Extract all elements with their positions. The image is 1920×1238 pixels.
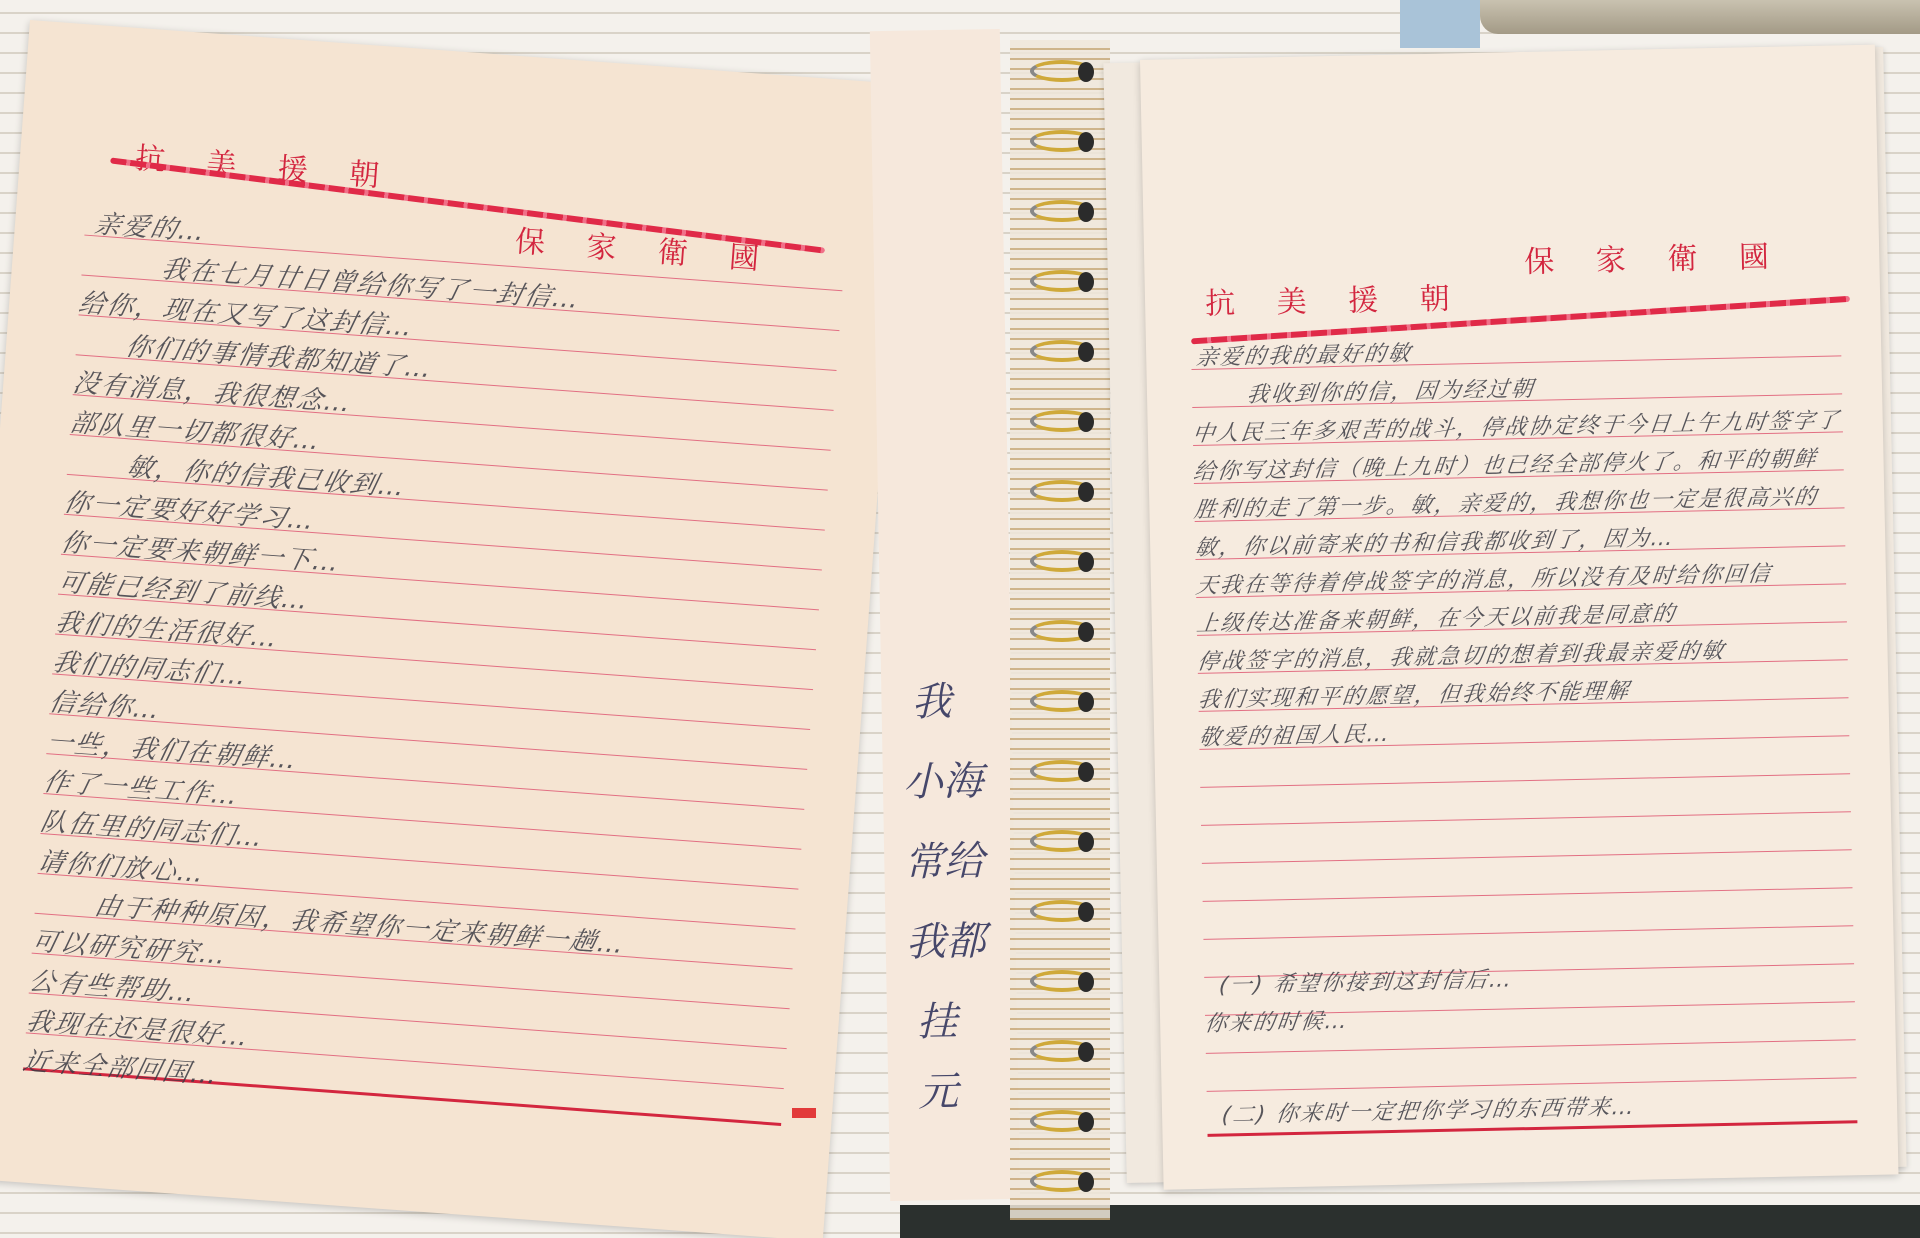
ring-icon bbox=[1030, 270, 1094, 292]
ring-icon bbox=[1030, 760, 1094, 782]
ring-icon bbox=[1030, 60, 1094, 82]
ring-icon bbox=[1030, 410, 1094, 432]
background-shelf bbox=[1480, 0, 1920, 34]
handwriting-fragment: 我 bbox=[911, 670, 952, 728]
handwriting-line: 上级传达准备来朝鲜，在今天以前我是同意的 bbox=[1195, 597, 1679, 638]
ring-icon bbox=[1030, 550, 1094, 572]
letterhead-left-slogan: 抗 美 援 朝 bbox=[1205, 273, 1466, 322]
salutation: 亲爱的我的最好的敏 bbox=[1194, 336, 1414, 372]
handwriting-line: 胜利的走了第一步。敏，亲爱的，我想你也一定是很高兴的 bbox=[1193, 480, 1821, 524]
letterhead-right-slogan: 保 家 衛 國 bbox=[1524, 232, 1785, 281]
handwriting-line: 我收到你的信，因为经过朝 bbox=[1245, 372, 1537, 409]
ring-icon bbox=[1030, 900, 1094, 922]
handwriting-line: 天我在等待着停战签字的消息，所以没有及时给你回信 bbox=[1194, 557, 1774, 600]
handwriting-line: 停战签字的消息，我就急切的想着到我最亲爱的敏 bbox=[1196, 634, 1728, 676]
background-window bbox=[1400, 0, 1480, 48]
middle-letter-strip: 我 小海 常给 我都 挂 元 bbox=[870, 29, 1020, 1201]
handwriting-line: 敬爱的祖国人民… bbox=[1197, 717, 1393, 752]
handwriting-line: 我们实现和平的愿望，但我始终不能理解 bbox=[1197, 674, 1633, 714]
ring-icon bbox=[1030, 1110, 1094, 1132]
ring-icon bbox=[1030, 620, 1094, 642]
spiral-binding bbox=[1010, 40, 1110, 1220]
ring-icon bbox=[1030, 130, 1094, 152]
ring-icon bbox=[1030, 1170, 1094, 1192]
right-letter-page: 抗 美 援 朝 保 家 衛 國 亲爱的我的最好的敏 我收到你的信，因为经过朝 中… bbox=[1140, 45, 1899, 1190]
red-tab-marker bbox=[792, 1108, 816, 1118]
ring-icon bbox=[1030, 480, 1094, 502]
handwriting-line: 信给你… bbox=[46, 682, 166, 727]
handwriting-line: 敏，你以前寄来的书和信我都收到了，因为… bbox=[1193, 521, 1677, 562]
ring-icon bbox=[1030, 830, 1094, 852]
handwriting-fragment: 小海 bbox=[902, 749, 983, 807]
salutation: 亲爱的… bbox=[91, 204, 211, 249]
handwriting-fragment: 挂 bbox=[917, 990, 958, 1048]
handwriting-fragment: 元 bbox=[918, 1060, 959, 1118]
handwriting-line: 你来的时候… bbox=[1203, 1004, 1351, 1038]
handwriting-line: (一) 希望你接到这封信后… bbox=[1218, 962, 1516, 999]
ring-icon bbox=[1030, 970, 1094, 992]
ring-icon bbox=[1030, 690, 1094, 712]
handwriting-fragment: 我都 bbox=[905, 909, 986, 967]
ring-icon bbox=[1030, 200, 1094, 222]
ring-icon bbox=[1030, 1040, 1094, 1062]
handwriting-fragment: 常给 bbox=[904, 829, 985, 887]
handwriting-line: 给你写这封信（晚上九时）也已经全部停火了。和平的朝鲜 bbox=[1192, 442, 1820, 486]
ring-icon bbox=[1030, 340, 1094, 362]
left-letter-page: 抗 美 援 朝 保 家 衛 國 亲爱的… 我在七月廿日曾给你写了一封信… 给你，… bbox=[0, 20, 908, 1238]
handwriting-line: (二) 你来时一定把你学习的东西带来… bbox=[1220, 1090, 1638, 1130]
handwriting-line: 中人民三年多艰苦的战斗，停战协定终于今日上午九时签字了 bbox=[1191, 403, 1843, 448]
